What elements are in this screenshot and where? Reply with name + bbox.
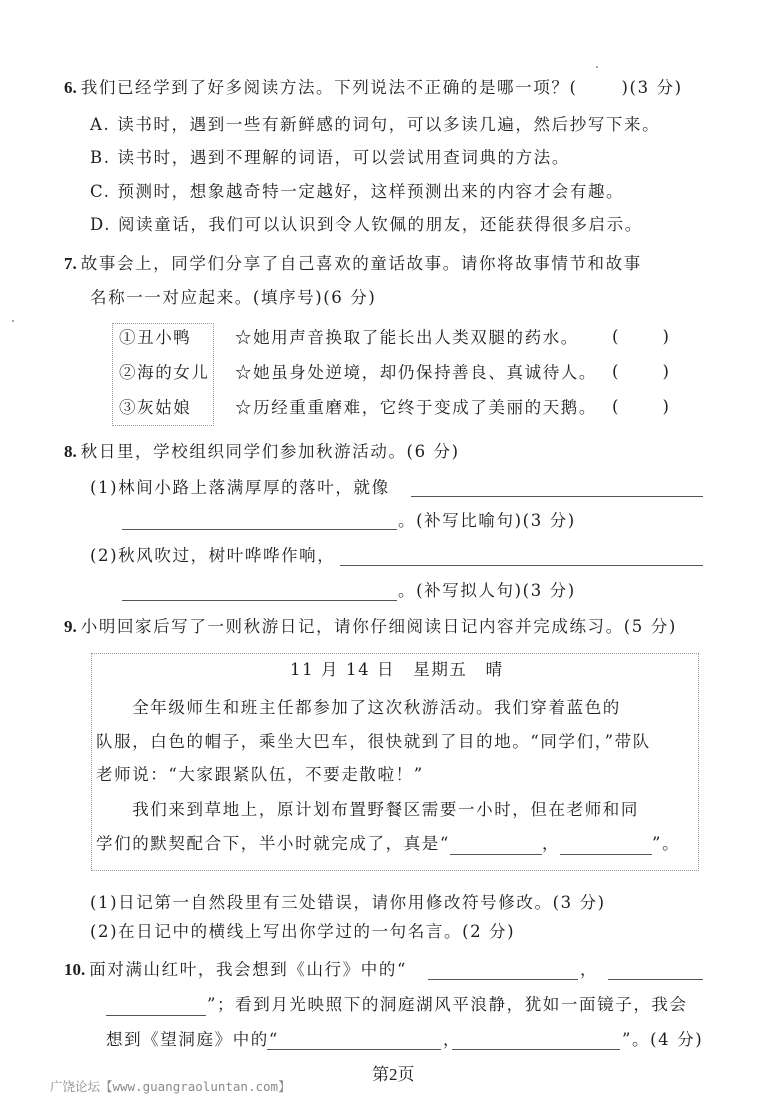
option-text: 预测时，想象越奇特一定越好，这样预测出来的内容才会有趣。 [117,182,624,201]
option-a: A. 读书时，遇到一些有新鲜感的词句，可以多读几遍，然后抄写下来。 [90,114,660,136]
wangdongting-blank-b[interactable] [452,1049,620,1050]
wangdongting-blank-a[interactable] [267,1049,441,1050]
option-d: D. 阅读童话，我们可以认识到令人钦佩的朋友，还能获得很多启示。 [90,214,643,236]
question-6-stem: 6.我们已经学到了好多阅读方法。下列说法不正确的是哪一项？()(3 分) [64,77,683,99]
option-text: 读书时，遇到一些有新鲜感的词句，可以多读几遍，然后抄写下来。 [117,115,660,134]
question-10-line2: ”；看到月光映照下的洞庭湖风平浪静，犹如一面镜子，我会 [207,994,688,1016]
option-text: 读书时，遇到不理解的词语，可以尝试用查词典的方法。 [117,148,570,167]
shanxing-blank-c[interactable] [106,1015,206,1016]
story-plot-1: ☆她用声音换取了能长出人类双腿的药水。 [235,327,579,349]
question-10-line3-text: 想到《望洞庭》中的“ [106,1029,279,1051]
q9-sub2: (2)在日记中的横线上写出你学过的一句名言。(2 分) [90,921,515,943]
option-label: D. [90,215,111,234]
question-number: 10. [64,960,85,979]
score-label: )(3 分) [622,78,683,97]
question-text: 面对满山红叶，我会想到《山行》中的“ [89,960,407,979]
story-plot-2: ☆她虽身处逆境，却仍保持善良、真诚待人。 [235,362,597,384]
q8-sub2-text: (2)秋风吹过，树叶哗哗作响， [90,545,335,567]
story-title-3: ③灰姑娘 [119,397,191,419]
q8-sub2-blank-a[interactable] [340,565,703,566]
option-b: B. 读书时，遇到不理解的词语，可以尝试用查词典的方法。 [90,147,570,169]
answer-paren-2[interactable]: () [612,362,669,381]
page-number: 第2页 [372,1060,415,1085]
motto-blank-a[interactable] [450,836,542,855]
comma: ， [443,1029,461,1051]
option-label: A. [90,115,110,134]
question-7-stem-line2: 名称一一对应起来。(填序号)(6 分) [90,287,376,309]
question-8-stem: 8.秋日里，学校组织同学们参加秋游活动。(6 分) [64,441,460,463]
comma: ， [542,834,560,853]
answer-paren-1[interactable]: () [612,327,669,346]
story-plot-3: ☆历经重重磨难，它终于变成了美丽的天鹅。 [235,397,597,419]
question-9-stem: 9.小明回家后写了一则秋游日记，请你仔细阅读日记内容并完成练习。(5 分) [64,616,677,638]
question-text: 我们已经学到了好多阅读方法。下列说法不正确的是哪一项？( [81,78,578,97]
diary-date-line: 11 月 14 日 星期五 晴 [290,659,504,681]
diary-line-4: 我们来到草地上，原计划布置野餐区需要一小时，但在老师和同 [96,799,639,821]
comma: ， [580,959,598,981]
diary-line-5: 学们的默契配合下，半小时就完成了，真是“，”。 [96,833,680,855]
q8-sub1-text: (1)林间小路上落满厚厚的落叶，就像 [90,477,390,499]
scan-speck [596,66,598,68]
q9-sub1: (1)日记第一自然段里有三处错误，请你用修改符号修改。(3 分) [90,892,606,914]
question-number: 6. [64,78,77,97]
question-number: 7. [64,254,77,273]
q8-sub2-blank-b[interactable] [122,600,397,601]
option-label: B. [90,148,111,167]
question-text: 故事会上，同学们分享了自己喜欢的童话故事。请你将故事情节和故事 [81,254,642,273]
option-text: 阅读童话，我们可以认识到令人钦佩的朋友，还能获得很多启示。 [118,215,643,234]
shanxing-blank-a[interactable] [428,979,578,980]
question-7-stem-line1: 7.故事会上，同学们分享了自己喜欢的童话故事。请你将故事情节和故事 [64,253,642,275]
option-label: C. [90,182,110,201]
closing-score: ”。(4 分) [622,1029,703,1051]
question-number: 8. [64,442,77,461]
shanxing-blank-b[interactable] [608,979,703,980]
scan-speck [12,320,14,322]
answer-paren-3[interactable]: () [612,397,669,416]
q8-sub1-blank-b[interactable] [122,529,397,530]
motto-blank-b[interactable] [560,836,652,855]
question-text: 秋日里，学校组织同学们参加秋游活动。(6 分) [81,442,460,461]
diary-line-1: 全年级师生和班主任都参加了这次秋游活动。我们穿着蓝色的 [96,697,621,719]
option-c: C. 预测时，想象越奇特一定越好，这样预测出来的内容才会有趣。 [90,181,624,203]
q8-sub2-tail: 。(补写拟人句)(3 分) [398,580,576,602]
story-title-1: ①丑小鸭 [119,327,191,349]
watermark: 广饶论坛【www.guangraoluntan.com】 [50,1077,291,1095]
q8-sub1-blank-a[interactable] [411,496,703,497]
question-10-line1: 10.面对满山红叶，我会想到《山行》中的“ [64,959,407,981]
q8-sub1-tail: 。(补写比喻句)(3 分) [398,510,576,532]
closing-quote: ”。 [652,834,680,853]
diary-line-5-text: 学们的默契配合下，半小时就完成了，真是“ [96,834,450,853]
story-title-2: ②海的女儿 [119,362,210,384]
question-number: 9. [64,617,77,636]
diary-line-3: 老师说：“大家跟紧队伍，不要走散啦！” [96,764,424,786]
diary-line-2: 队服，白色的帽子，乘坐大巴车，很快就到了目的地。“同学们，”带队 [96,731,651,753]
question-text: 小明回家后写了一则秋游日记，请你仔细阅读日记内容并完成练习。(5 分) [81,617,677,636]
